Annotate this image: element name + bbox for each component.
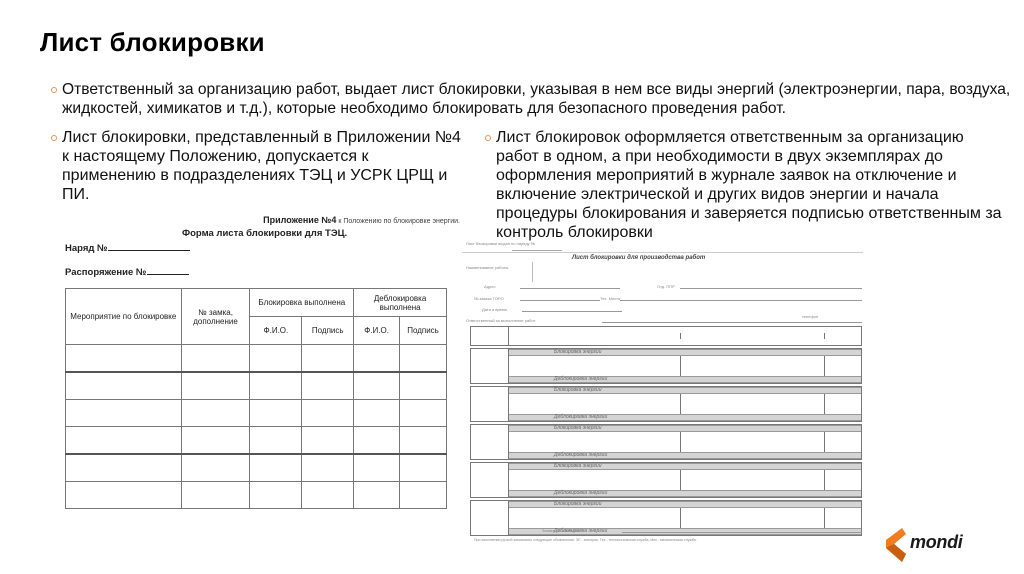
form-name: Форма листа блокировки для ТЭЦ. <box>182 228 347 239</box>
energy-lock-group: Блокировка энергииДеблокировка энергии <box>470 424 862 460</box>
table-header-group <box>470 326 862 346</box>
header-lock-done: Блокировка выполнена <box>250 289 354 317</box>
bullet-text: Ответственный за организацию работ, выда… <box>62 81 1010 117</box>
table-cell <box>302 454 354 482</box>
header-unlock-done: Деблокировка выполнена <box>354 289 447 317</box>
table-cell <box>66 400 182 427</box>
table-cell <box>354 345 400 373</box>
unblock-energy-label: Деблокировка энергии <box>554 452 607 458</box>
block-energy-label: Блокировка энергии <box>554 349 602 355</box>
subheader-name: Ф.И.О. <box>354 317 400 345</box>
table-row <box>66 482 447 509</box>
table-cell <box>400 427 447 455</box>
energy-lock-group: Блокировка энергииДеблокировка энергии <box>470 500 862 536</box>
table-cell <box>400 345 447 373</box>
block-energy-label: Блокировка энергии <box>554 463 602 469</box>
mondi-logo: mondi <box>884 526 984 566</box>
bullet-responsible: Ответственный за организацию работ, выда… <box>62 80 1012 118</box>
table-cell <box>66 427 182 455</box>
unblock-energy-bar: Деблокировка энергии <box>509 376 861 383</box>
unblock-energy-bar: Деблокировка энергии <box>509 452 861 459</box>
table-cell <box>250 482 302 509</box>
label-approval: Заявка согласована <box>542 528 579 533</box>
table-cell <box>400 454 447 482</box>
bullet-text: Лист блокировок оформляется ответственны… <box>496 129 1002 241</box>
unblock-energy-label: Деблокировка энергии <box>554 376 607 382</box>
form-footnote: При заполнении ручкой записывать следующ… <box>474 538 864 542</box>
header-lock-number: № замка, дополнение <box>181 289 250 345</box>
table-cell <box>302 400 354 427</box>
table-row <box>66 400 447 427</box>
mondi-logo-mark-icon <box>884 528 910 562</box>
label-responsible: Ответственный за выполнение работ <box>466 318 535 323</box>
table-cell <box>354 427 400 455</box>
table-cell <box>181 372 250 400</box>
table-cell <box>400 372 447 400</box>
table-cell <box>302 427 354 455</box>
block-energy-label: Блокировка энергии <box>554 501 602 507</box>
unblock-energy-bar: Деблокировка энергии <box>509 490 861 497</box>
label-work-name: Наименование работы <box>466 265 508 270</box>
block-energy-label: Блокировка энергии <box>554 387 602 393</box>
block-energy-bar: Блокировка энергии <box>509 387 861 394</box>
bullet-appendix: Лист блокировки, представленный в Прилож… <box>62 128 462 204</box>
field-order-number: Наряд № <box>65 241 190 254</box>
logo-wordmark: mondi <box>910 532 963 553</box>
table-cell <box>181 427 250 455</box>
bullet-procedure: Лист блокировок оформляется ответственны… <box>496 128 1006 242</box>
block-energy-bar: Блокировка энергии <box>509 425 861 432</box>
energy-lock-group: Блокировка энергииДеблокировка энергии <box>470 462 862 498</box>
label-issued: Лист блокировки выдан по наряду № <box>466 241 535 246</box>
table-cell <box>66 454 182 482</box>
block-energy-bar: Блокировка энергии <box>509 501 861 508</box>
label-place: Тех. Место <box>600 296 620 301</box>
unblock-energy-label: Деблокировка энергии <box>554 414 607 420</box>
slide-title: Лист блокировки <box>40 27 265 58</box>
label-toro: № заказа ТОРО <box>474 296 504 301</box>
table-cell <box>181 345 250 373</box>
table-cell <box>400 482 447 509</box>
table-cell <box>66 345 182 373</box>
table-row <box>66 454 447 482</box>
subheader-signature: Подпись <box>302 317 354 345</box>
lockout-form-tec: Приложение №4 к Положению по блокировке … <box>62 212 462 527</box>
table-cell <box>250 345 302 373</box>
lockout-table: Мероприятие по блокировке № замка, допол… <box>65 288 447 509</box>
lockout-form-production: Лист блокировки выдан по наряду № Лист б… <box>462 238 863 560</box>
bullet-circle-icon <box>51 87 57 93</box>
table-cell <box>181 482 250 509</box>
table-row <box>66 345 447 373</box>
table-cell <box>250 427 302 455</box>
appendix-caption: Приложение №4 к Положению по блокировке … <box>263 215 460 225</box>
table-cell <box>181 454 250 482</box>
bullet-circle-icon <box>51 135 57 141</box>
table-cell <box>302 372 354 400</box>
table-cell <box>302 482 354 509</box>
table-cell <box>400 400 447 427</box>
label-phone: телефон <box>802 314 818 319</box>
table-cell <box>250 400 302 427</box>
table-cell <box>250 454 302 482</box>
table-cell <box>181 400 250 427</box>
label-subdivision: Отд. ППР <box>657 284 675 289</box>
bullet-text: Лист блокировки, представленный в Прилож… <box>62 129 461 203</box>
table-cell <box>302 345 354 373</box>
unblock-energy-bar: Деблокировка энергии <box>509 414 861 421</box>
table-cell <box>354 372 400 400</box>
block-energy-label: Блокировка энергии <box>554 425 602 431</box>
table-cell <box>354 482 400 509</box>
table-cell <box>250 372 302 400</box>
header-measure: Мероприятие по блокировке <box>66 289 182 345</box>
unblock-energy-label: Деблокировка энергии <box>554 490 607 496</box>
table-cell <box>66 372 182 400</box>
block-energy-bar: Блокировка энергии <box>509 463 861 470</box>
block-energy-bar: Блокировка энергии <box>509 349 861 356</box>
form-title: Лист блокировки для производства работ <box>572 255 705 261</box>
table-row <box>66 427 447 455</box>
energy-lock-group: Блокировка энергииДеблокировка энергии <box>470 386 862 422</box>
table-cell <box>354 400 400 427</box>
label-date: Дата и время <box>482 307 507 312</box>
subheader-name: Ф.И.О. <box>250 317 302 345</box>
table-cell <box>354 454 400 482</box>
energy-lock-group: Блокировка энергииДеблокировка энергии <box>470 348 862 384</box>
table-row <box>66 372 447 400</box>
table-cell <box>66 482 182 509</box>
subheader-signature: Подпись <box>400 317 447 345</box>
field-instruction-number: Распоряжение № <box>65 265 189 278</box>
bullet-circle-icon <box>485 135 491 141</box>
